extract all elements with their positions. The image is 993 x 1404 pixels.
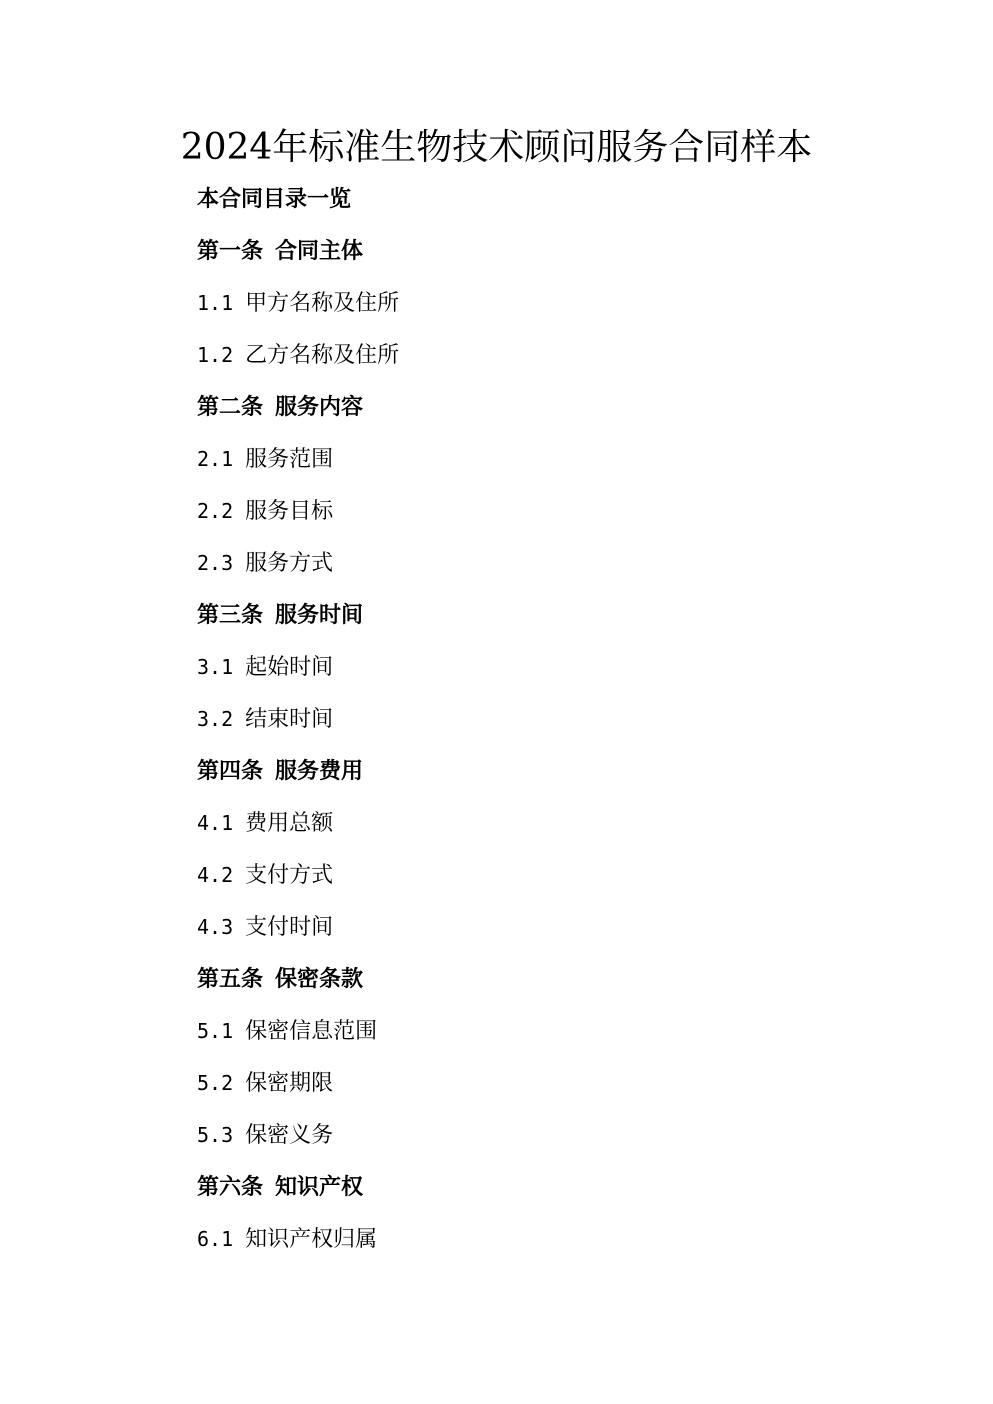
item-number: 5.2 xyxy=(197,1071,233,1095)
toc-item: 1.1甲方名称及住所 xyxy=(197,288,897,340)
toc-article: 第五条保密条款 xyxy=(197,964,897,1016)
item-label: 起始时间 xyxy=(245,655,333,680)
document-page: 2024年标准生物技术顾问服务合同样本 本合同目录一览 第一条合同主体 1.1甲… xyxy=(0,0,993,1404)
item-label: 支付时间 xyxy=(245,915,333,940)
item-number: 6.1 xyxy=(197,1227,233,1251)
item-number: 1.2 xyxy=(197,343,233,367)
toc-item: 5.3保密义务 xyxy=(197,1120,897,1172)
item-number: 5.1 xyxy=(197,1019,233,1043)
item-number: 5.3 xyxy=(197,1123,233,1147)
toc-article: 第三条服务时间 xyxy=(197,600,897,652)
toc-item: 2.2服务目标 xyxy=(197,496,897,548)
item-label: 乙方名称及住所 xyxy=(245,343,399,368)
toc-item: 4.3支付时间 xyxy=(197,912,897,964)
item-number: 2.3 xyxy=(197,551,233,575)
article-number: 第一条 xyxy=(197,238,263,264)
toc-item: 6.1知识产权归属 xyxy=(197,1224,897,1276)
toc-item: 2.1服务范围 xyxy=(197,444,897,496)
item-number: 4.2 xyxy=(197,863,233,887)
item-number: 1.1 xyxy=(197,291,233,315)
article-number: 第六条 xyxy=(197,1174,263,1200)
article-number: 第二条 xyxy=(197,394,263,420)
toc-heading: 本合同目录一览 xyxy=(197,184,897,236)
toc-item: 5.1保密信息范围 xyxy=(197,1016,897,1068)
toc-item: 3.2结束时间 xyxy=(197,704,897,756)
article-number: 第五条 xyxy=(197,966,263,992)
item-number: 2.2 xyxy=(197,499,233,523)
toc-item: 4.1费用总额 xyxy=(197,808,897,860)
item-label: 知识产权归属 xyxy=(245,1227,377,1252)
toc-item: 4.2支付方式 xyxy=(197,860,897,912)
article-label: 保密条款 xyxy=(275,966,363,992)
article-label: 合同主体 xyxy=(275,238,363,264)
item-label: 费用总额 xyxy=(245,811,333,836)
toc-item: 3.1起始时间 xyxy=(197,652,897,704)
toc-item: 5.2保密期限 xyxy=(197,1068,897,1120)
toc-article: 第四条服务费用 xyxy=(197,756,897,808)
item-label: 保密期限 xyxy=(245,1071,333,1096)
item-number: 2.1 xyxy=(197,447,233,471)
item-number: 3.1 xyxy=(197,655,233,679)
item-label: 服务方式 xyxy=(245,551,333,576)
item-number: 3.2 xyxy=(197,707,233,731)
item-label: 甲方名称及住所 xyxy=(245,291,399,316)
toc-article: 第一条合同主体 xyxy=(197,236,897,288)
document-title: 2024年标准生物技术顾问服务合同样本 xyxy=(0,124,993,172)
article-number: 第三条 xyxy=(197,602,263,628)
article-number: 第四条 xyxy=(197,758,263,784)
article-label: 知识产权 xyxy=(275,1174,363,1200)
item-label: 保密义务 xyxy=(245,1123,333,1148)
item-label: 支付方式 xyxy=(245,863,333,888)
toc-item: 1.2乙方名称及住所 xyxy=(197,340,897,392)
toc-article: 第二条服务内容 xyxy=(197,392,897,444)
article-label: 服务内容 xyxy=(275,394,363,420)
item-number: 4.1 xyxy=(197,811,233,835)
item-label: 保密信息范围 xyxy=(245,1019,377,1044)
item-number: 4.3 xyxy=(197,915,233,939)
article-label: 服务时间 xyxy=(275,602,363,628)
article-label: 服务费用 xyxy=(275,758,363,784)
toc-item: 2.3服务方式 xyxy=(197,548,897,600)
item-label: 服务范围 xyxy=(245,447,333,472)
item-label: 结束时间 xyxy=(245,707,333,732)
table-of-contents: 本合同目录一览 第一条合同主体 1.1甲方名称及住所 1.2乙方名称及住所 第二… xyxy=(197,184,897,1276)
item-label: 服务目标 xyxy=(245,499,333,524)
toc-article: 第六条知识产权 xyxy=(197,1172,897,1224)
